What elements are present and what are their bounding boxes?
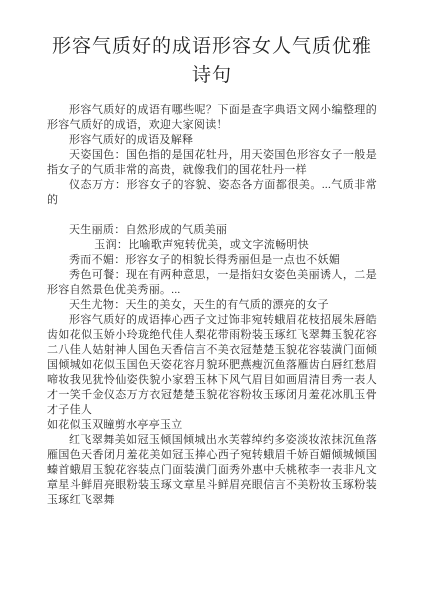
idiom-list-paragraph-2: 红飞翠舞美如冠玉倾国倾城出水芙蓉绰约多姿淡妆浓抹沉鱼落雁国色天香闭月羞花美如冠玉… [47,433,377,508]
idiom-definition-xiuse-kecan: 秀色可餐：现在有两种意思，一是指妇女姿色美丽诱人，二是形容自然景色优美秀丽。..… [47,268,377,298]
document-page: { "document": { "title": "形容气质好的成语形容女人气质… [0,0,424,600]
idiom-definition-tianzi-guose: 天姿国色：国色指的是国花牡丹，用天姿国色形容女子一般是指女子的气质非常的高贵，就… [47,148,377,178]
page-container: 形容气质好的成语形容女人气质优雅诗句 形容气质好的成语有哪些呢？下面是查字典语文… [0,0,424,600]
idiom-definition-yitai-wanfang: 仪态万方：形容女子的容貌、姿态各方面都很美。...气质非常的 [47,178,377,208]
idiom-definition-tiansheng-youwu: 天生尤物：天生的美女，天生的有气质的漂亮的女子 [47,298,377,313]
document-body: 形容气质好的成语有哪些呢？下面是查字典语文网小编整理的形容气质好的成语，欢迎大家… [47,103,377,508]
section-heading-idioms-explained: 形容气质好的成语及解释 [47,133,377,148]
idiom-list-paragraph-1: 形容气质好的成语捧心西子文过饰非宛转蛾眉花枝招展朱唇皓齿如花似玉娇小玲珑绝代佳人… [47,313,377,418]
idiom-definition-tiansheng-lizhi: 天生丽质：自然形成的气质美丽 [47,223,377,238]
idiom-list-line: 如花似玉双瞳剪水亭亭玉立 [47,418,377,433]
page-title: 形容气质好的成语形容女人气质优雅诗句 [47,32,377,90]
idiom-definition-yurun: 玉润：比喻歌声宛转优美，或文字流畅明快 [47,238,377,253]
idiom-definition-xiu-er-bu-mei: 秀而不媚：形容女子的相貌长得秀丽但是一点也不妖媚 [47,253,377,268]
intro-paragraph: 形容气质好的成语有哪些呢？下面是查字典语文网小编整理的形容气质好的成语，欢迎大家… [47,103,377,133]
